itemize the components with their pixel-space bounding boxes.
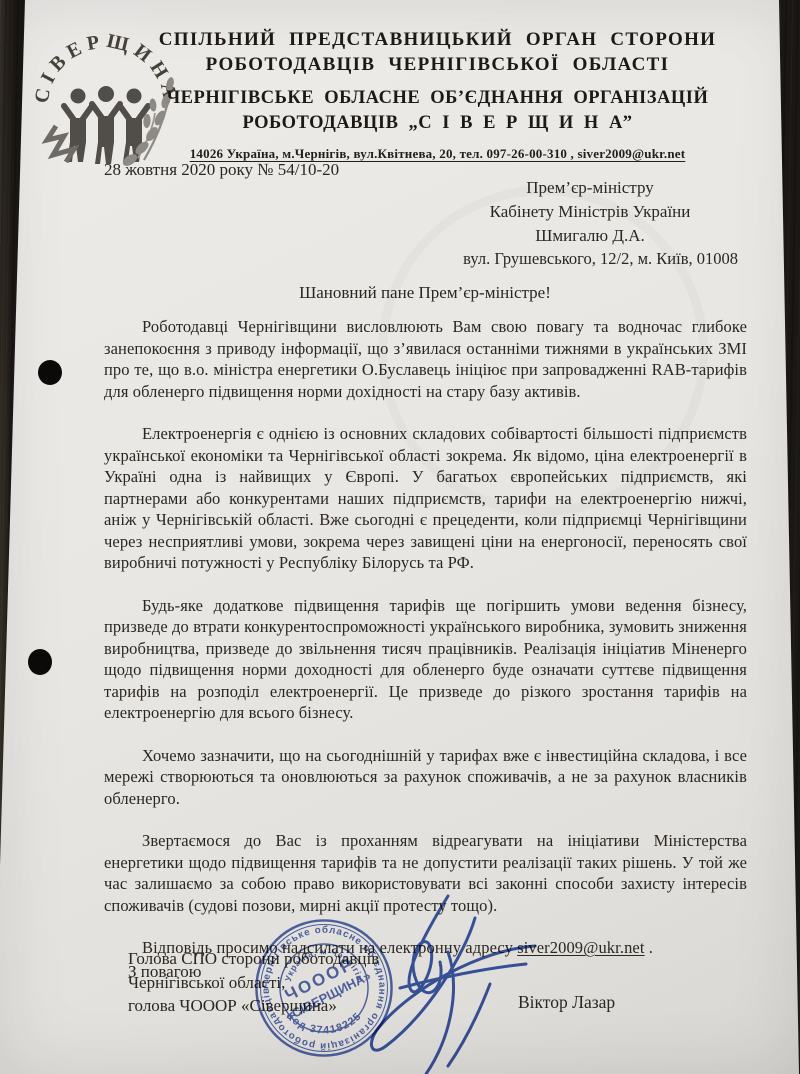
recipient-block: Прем’єр-міністру Кабінету Міністрів Укра… bbox=[455, 176, 725, 248]
paragraph-4: Хочемо зазначити, що на сьогоднішній у т… bbox=[104, 745, 747, 810]
org-name-line-1: СПІЛЬНИЙ ПРЕДСТАВНИЦЬКИЙ ОРГАН СТОРОНИ bbox=[150, 27, 725, 52]
org-name-line-3: ЧЕРНІГІВСЬКЕ ОБЛАСНЕ ОБ’ЄДНАННЯ ОРГАНІЗА… bbox=[150, 86, 725, 111]
letter-page: СІВЕРЩИНА bbox=[0, 0, 800, 1074]
recipient-name: Шмигалю Д.А. bbox=[455, 224, 725, 248]
org-name-line-4: РОБОТОДАВЦІВ „С І В Е Р Щ И Н А” bbox=[150, 111, 725, 136]
recipient-org: Кабінету Міністрів України bbox=[455, 200, 725, 224]
org-name-line-2: РОБОТОДАВЦІВ ЧЕРНІГІВСЬКОЇ ОБЛАСТІ bbox=[150, 52, 725, 77]
paragraph-3: Будь-яке додаткове підвищення тарифів ще… bbox=[104, 595, 747, 724]
paragraph-2: Електроенергія є однією із основних скла… bbox=[104, 423, 747, 574]
salutation: Шановний пане Прем’єр-міністре! bbox=[104, 283, 746, 303]
recipient-title: Прем’єр-міністру bbox=[455, 176, 725, 200]
paragraph-1: Роботодавці Чернігівщини висловлюють Вам… bbox=[104, 316, 747, 402]
reply-text-tail: . bbox=[645, 938, 653, 957]
handwritten-signature bbox=[330, 888, 580, 1074]
photo-background: СІВЕРЩИНА bbox=[0, 0, 800, 1074]
recipient-address: вул. Грушевського, 12/2, м. Київ, 01008 bbox=[463, 249, 738, 269]
people-holding-hands-icon bbox=[64, 86, 148, 164]
letterhead: СПІЛЬНИЙ ПРЕДСТАВНИЦЬКИЙ ОРГАН СТОРОНИ Р… bbox=[150, 27, 725, 162]
date-and-ref-number: 28 жовтня 2020 року № 54/10-20 bbox=[104, 160, 339, 180]
letter-body: Роботодавці Чернігівщини висловлюють Вам… bbox=[104, 316, 747, 982]
punch-hole-top bbox=[38, 360, 62, 385]
punch-hole-bottom bbox=[28, 649, 52, 675]
